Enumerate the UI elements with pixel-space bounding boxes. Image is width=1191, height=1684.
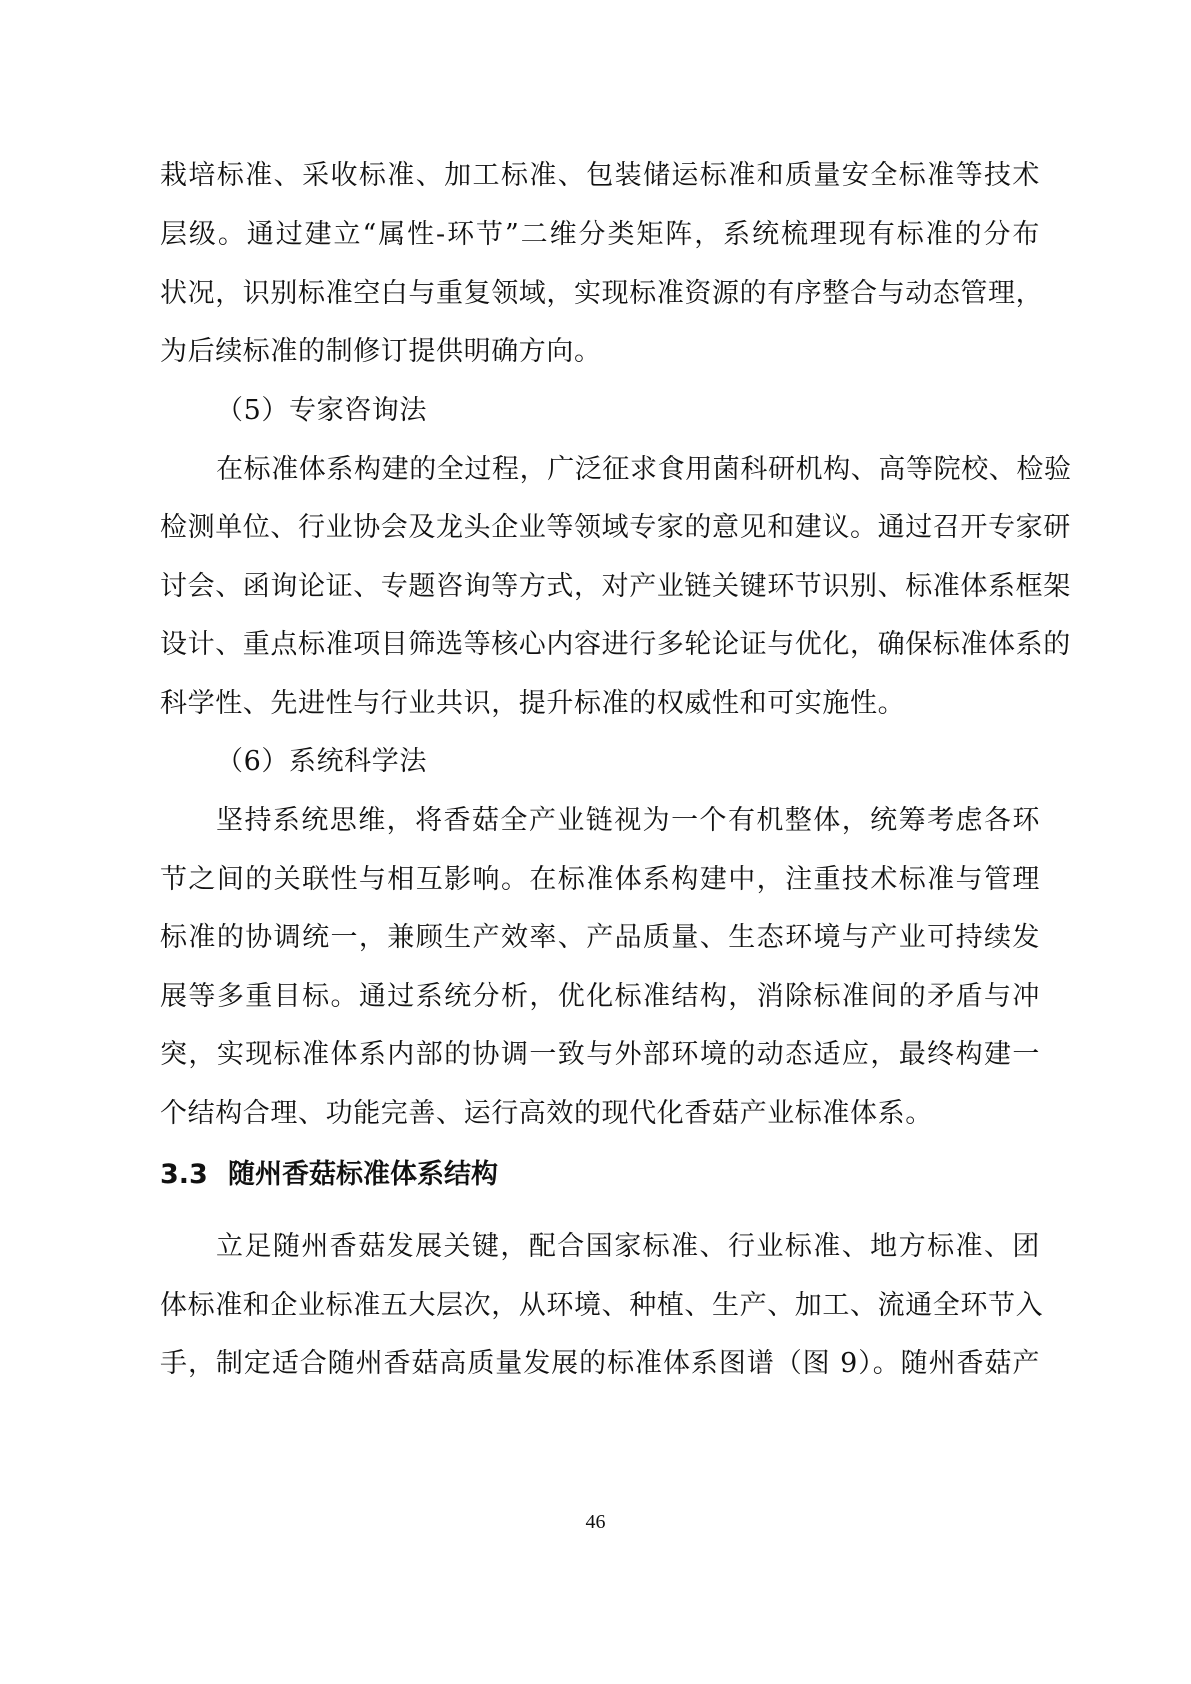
body-text-line: 节之间的关联性与相互影响。在标准体系构建中，注重技术标准与管理 [160,862,1040,898]
section-heading: 3.3随州香菇标准体系结构 [160,1157,498,1193]
subheading-systems-science: （6）系统科学法 [216,744,427,780]
body-text-line: 坚持系统思维，将香菇全产业链视为一个有机整体，统筹考虑各环 [216,803,1040,839]
body-text-line: 讨会、函询论证、专题咨询等方式，对产业链关键环节识别、标准体系框架 [160,569,1040,605]
body-text-line: 科学性、先进性与行业共识，提升标准的权威性和可实施性。 [160,686,1040,722]
body-text-line: 栽培标准、采收标准、加工标准、包装储运标准和质量安全标准等技术 [160,158,1040,194]
body-text-line: 体标准和企业标准五大层次，从环境、种植、生产、加工、流通全环节入 [160,1288,1040,1324]
body-text-line: 为后续标准的制修订提供明确方向。 [160,334,1040,370]
section-number: 3.3 [160,1157,228,1193]
body-text-line: 手，制定适合随州香菇高质量发展的标准体系图谱（图 9）。随州香菇产 [160,1346,1040,1382]
body-text-line: 设计、重点标准项目筛选等核心内容进行多轮论证与优化，确保标准体系的 [160,627,1040,663]
subheading-expert-consultation: （5）专家咨询法 [216,393,427,429]
body-text-line: 状况，识别标准空白与重复领域，实现标准资源的有序整合与动态管理， [160,276,1040,312]
body-text-line: 在标准体系构建的全过程，广泛征求食用菌科研机构、高等院校、检验 [216,452,1040,488]
body-text-line: 检测单位、行业协会及龙头企业等领域专家的意见和建议。通过召开专家研 [160,510,1040,546]
body-text-line: 层级。通过建立“属性-环节”二维分类矩阵，系统梳理现有标准的分布 [160,217,1040,253]
document-page: 栽培标准、采收标准、加工标准、包装储运标准和质量安全标准等技术 层级。通过建立“… [0,0,1191,1684]
body-text-line: 个结构合理、功能完善、运行高效的现代化香菇产业标准体系。 [160,1096,1040,1132]
body-text-line: 展等多重目标。通过系统分析，优化标准结构，消除标准间的矛盾与冲 [160,979,1040,1015]
page-number: 46 [0,1510,1191,1534]
section-title: 随州香菇标准体系结构 [228,1159,498,1190]
body-text-line: 立足随州香菇发展关键，配合国家标准、行业标准、地方标准、团 [216,1229,1040,1265]
body-text-line: 标准的协调统一，兼顾生产效率、产品质量、生态环境与产业可持续发 [160,920,1040,956]
body-text-line: 突，实现标准体系内部的协调一致与外部环境的动态适应，最终构建一 [160,1037,1040,1073]
